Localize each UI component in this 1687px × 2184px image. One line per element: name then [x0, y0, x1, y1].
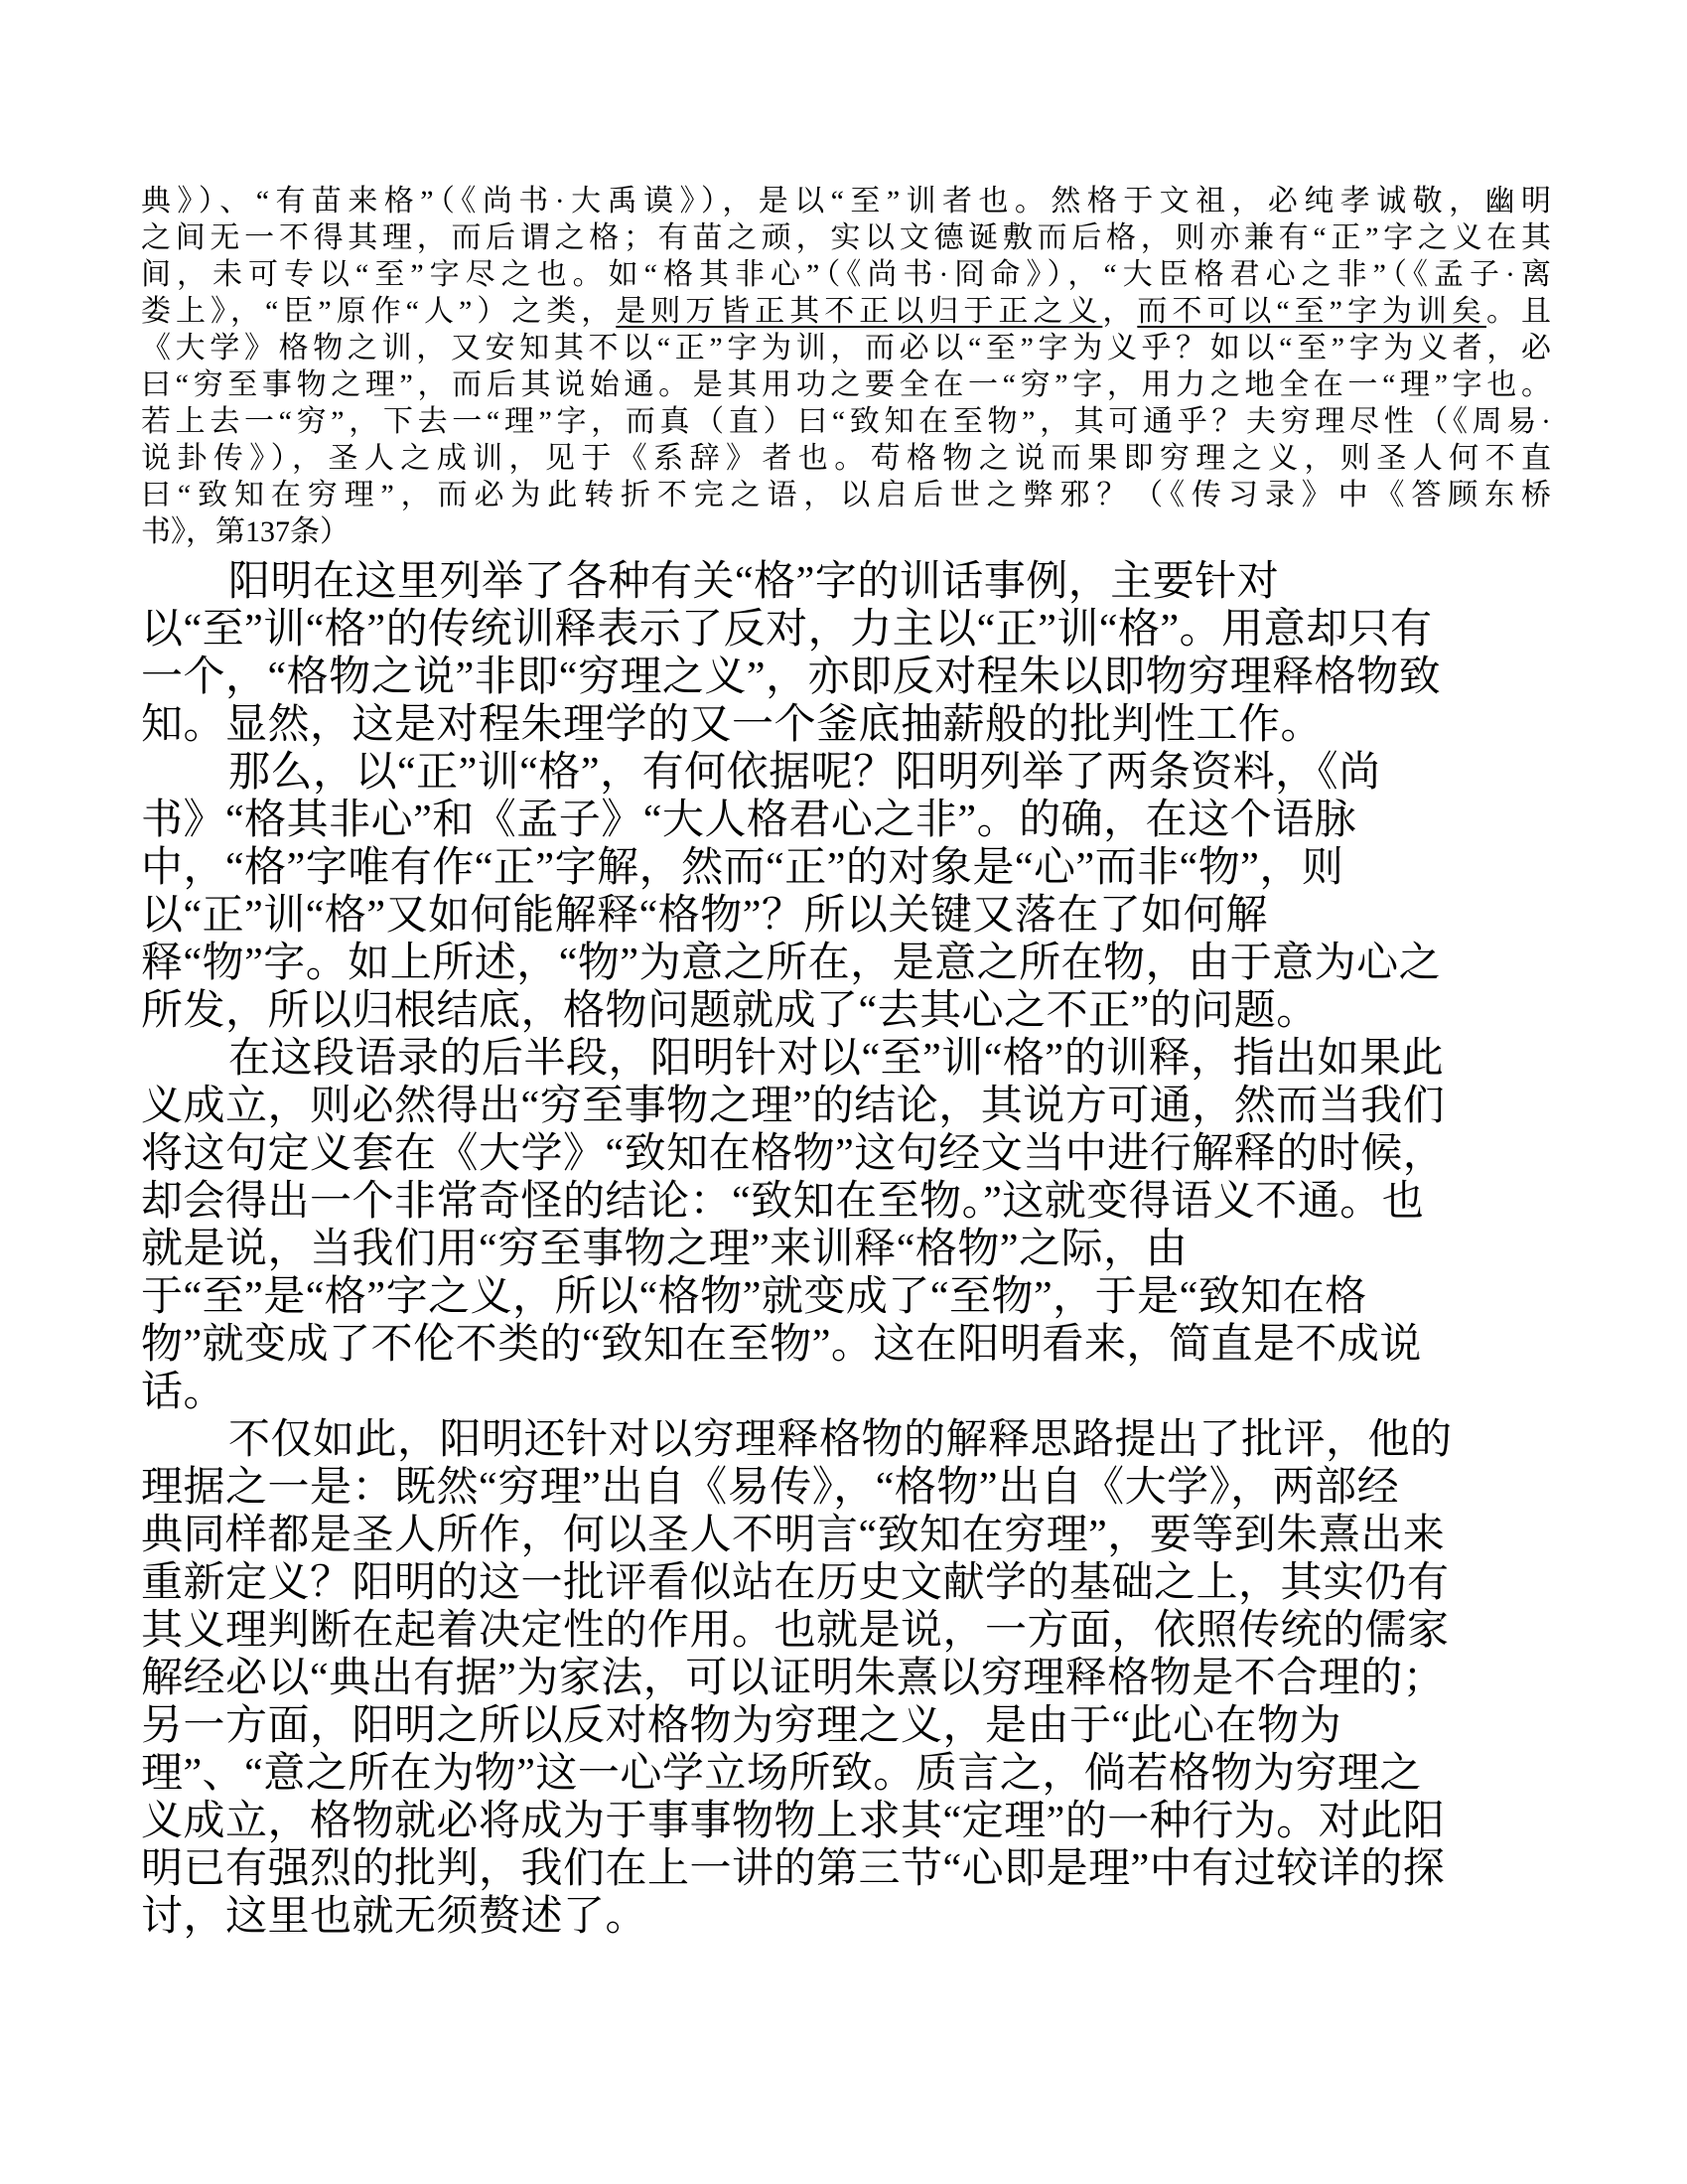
body-line: 却会得出一个非常奇怪的结论：“致知在至物。”这就变得语义不通。也 [141, 1178, 1571, 1226]
body-line: 一个，“格物之说”非即“穷理之义”，亦即反对程朱以即物穷理释格物致 [141, 654, 1571, 701]
quote-line: 之间无一不得其理，而后谓之格；有苗之顽，实以文德诞敷而后格，则亦兼有“正”字之义… [141, 219, 1551, 256]
body-line: 知。显然，这是对程朱理学的又一个釜底抽薪般的批判性工作。 [141, 701, 1571, 749]
text-segment: 之间无一不得其理，而后谓之格；有苗之顽，实以文德诞敷而后格，则亦兼有“正”字之义… [141, 221, 1551, 254]
body-line: 讨，这里也就无须赘述了。 [141, 1893, 1571, 1941]
text-segment: 。且 [1486, 295, 1551, 328]
body-text: 阳明在这里列举了各种有关“格”字的训话事例，主要针对以“至”训“格”的传统训释表… [141, 558, 1571, 1941]
text-segment: 曰“穷至事物之理”，而后其说始通。是其用功之要全在一“穷”字，用力之地全在一“理… [141, 368, 1551, 401]
body-line: 话。 [141, 1369, 1571, 1416]
body-line: 重新定义？阳明的这一批评看似站在历史文献学的基础之上，其实仍有 [141, 1559, 1571, 1607]
body-line: 于“至”是“格”字之义，所以“格物”就变成了“至物”，于是“致知在格 [141, 1273, 1571, 1321]
text-segment: 若上去一“穷”，下去一“理”字，而真（直）曰“致知在至物”，其可通乎？夫穷理尽性… [141, 405, 1551, 438]
text-segment: 典》）、“有苗来格”（《尚书·大禹谟》），是以“至”训者也。然格于文祖，必纯孝诚… [141, 185, 1551, 218]
quote-block: 典》）、“有苗来格”（《尚书·大禹谟》），是以“至”训者也。然格于文祖，必纯孝诚… [141, 183, 1551, 550]
body-line: 就是说，当我们用“穷至事物之理”来训释“格物”之际，由 [141, 1226, 1571, 1273]
quote-line: 曰“致知在穷理”，而必为此转折不完之语，以启后世之弊邪？（《传习录》中《答顾东桥 [141, 477, 1551, 513]
body-line: 解经必以“典出有据”为家法，可以证明朱熹以穷理释格物是不合理的； [141, 1655, 1571, 1702]
quote-line: 说卦传》），圣人之成训，见于《系辞》者也。苟格物之说而果即穷理之义，则圣人何不直 [141, 440, 1551, 477]
body-line: 中，“格”字唯有作“正”字解，然而“正”的对象是“心”而非“物”，则 [141, 844, 1571, 892]
quote-line: 若上去一“穷”，下去一“理”字，而真（直）曰“致知在至物”，其可通乎？夫穷理尽性… [141, 403, 1551, 440]
quote-line: 典》）、“有苗来格”（《尚书·大禹谟》），是以“至”训者也。然格于文祖，必纯孝诚… [141, 183, 1551, 219]
body-line: 物”就变成了不伦不类的“致知在至物”。这在阳明看来，简直是不成说 [141, 1321, 1571, 1369]
quote-line: 《大学》格物之训，又安知其不以“正”字为训，而必以“至”字为义乎？如以“至”字为… [141, 330, 1551, 366]
quote-line: 娄上》，“臣”原作“人”）之类，是则万皆正其不正以归于正之义，而不可以“至”字为… [141, 293, 1551, 330]
body-line: 书》“格其非心”和《孟子》“大人格君心之非”。的确，在这个语脉 [141, 797, 1571, 844]
body-line: 阳明在这里列举了各种有关“格”字的训话事例，主要针对 [141, 558, 1571, 606]
quote-line: 曰“穷至事物之理”，而后其说始通。是其用功之要全在一“穷”字，用力之地全在一“理… [141, 366, 1551, 403]
body-line: 义成立，则必然得出“穷至事物之理”的结论，其说方可通，然而当我们 [141, 1083, 1571, 1130]
body-line: 所发，所以归根结底，格物问题就成了“去其心之不正”的问题。 [141, 987, 1571, 1035]
underlined-text: 是则万皆正其不正以归于正之义 [616, 295, 1102, 328]
body-line: 明已有强烈的批判，我们在上一讲的第三节“心即是理”中有过较详的探 [141, 1845, 1571, 1893]
body-line: 义成立，格物就必将成为于事事物物上求其“定理”的一种行为。对此阳 [141, 1798, 1571, 1845]
body-line: 典同样都是圣人所作，何以圣人不明言“致知在穷理”，要等到朱熹出来 [141, 1512, 1571, 1559]
body-line: 以“正”训“格”又如何能解释“格物”？所以关键又落在了如何解 [141, 892, 1571, 940]
body-line: 那么，以“正”训“格”，有何依据呢？阳明列举了两条资料，《尚 [141, 749, 1571, 797]
text-segment: ， [1102, 295, 1137, 328]
body-line: 将这句定义套在《大学》“致知在格物”这句经文当中进行解释的时候， [141, 1130, 1571, 1178]
body-line: 不仅如此，阳明还针对以穷理释格物的解释思路提出了批评，他的 [141, 1416, 1571, 1464]
quote-line: 书》，第137条） [141, 513, 1551, 550]
underlined-text: 而不可以“至”字为训矣 [1137, 295, 1486, 328]
text-segment: 娄上》，“臣”原作“人”）之类， [141, 295, 616, 328]
body-line: 其义理判断在起着决定性的作用。也就是说，一方面，依照传统的儒家 [141, 1607, 1571, 1655]
text-segment: 间，未可专以“至”字尽之也。如“格其非心”（《尚书·冏命》），“大臣格君心之非”… [141, 258, 1551, 291]
body-line: 以“至”训“格”的传统训释表示了反对，力主以“正”训“格”。用意却只有 [141, 606, 1571, 654]
document-page: 典》）、“有苗来格”（《尚书·大禹谟》），是以“至”训者也。然格于文祖，必纯孝诚… [0, 0, 1687, 2184]
text-segment: 书》，第137条） [141, 515, 350, 548]
text-segment: 说卦传》），圣人之成训，见于《系辞》者也。苟格物之说而果即穷理之义，则圣人何不直 [141, 442, 1551, 475]
quote-line: 间，未可专以“至”字尽之也。如“格其非心”（《尚书·冏命》），“大臣格君心之非”… [141, 256, 1551, 293]
body-line: 理”、“意之所在为物”这一心学立场所致。质言之，倘若格物为穷理之 [141, 1750, 1571, 1798]
body-line: 另一方面，阳明之所以反对格物为穷理之义，是由于“此心在物为 [141, 1702, 1571, 1750]
body-line: 在这段语录的后半段，阳明针对以“至”训“格”的训释，指出如果此 [141, 1035, 1571, 1083]
text-segment: 《大学》格物之训，又安知其不以“正”字为训，而必以“至”字为义乎？如以“至”字为… [141, 332, 1551, 364]
text-segment: 曰“致知在穷理”，而必为此转折不完之语，以启后世之弊邪？（《传习录》中《答顾东桥 [141, 479, 1551, 511]
body-line: 释“物”字。如上所述，“物”为意之所在，是意之所在物，由于意为心之 [141, 940, 1571, 987]
body-line: 理据之一是：既然“穷理”出自《易传》，“格物”出自《大学》，两部经 [141, 1464, 1571, 1512]
